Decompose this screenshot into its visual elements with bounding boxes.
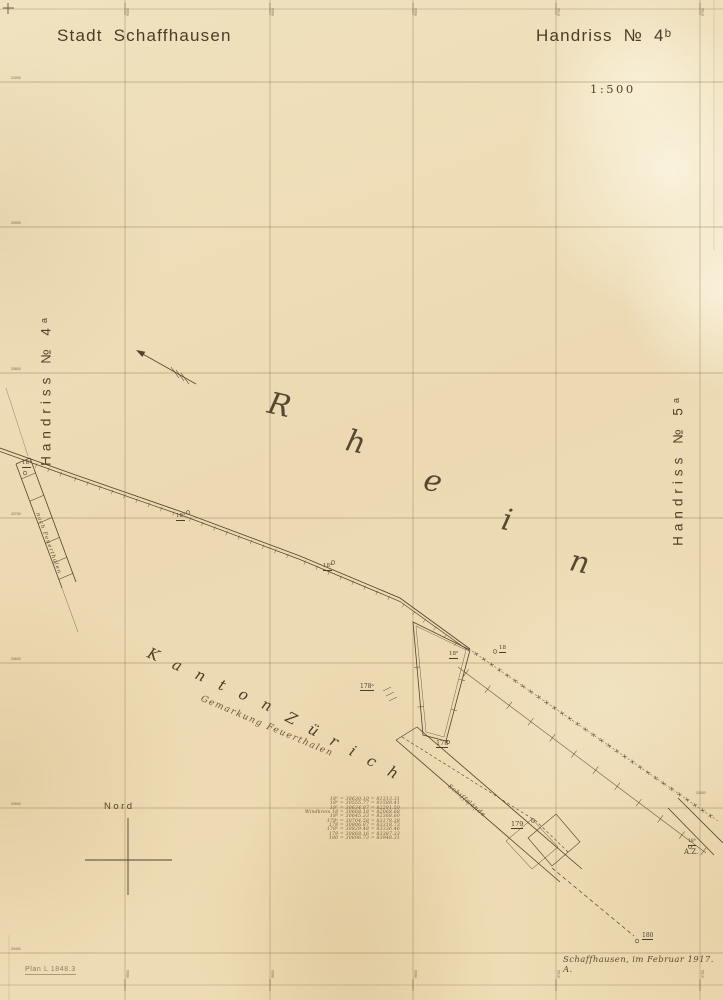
grid-label: 9650 — [415, 970, 419, 978]
north-label: Nord — [104, 801, 135, 812]
sheet-title: Stadt Schaffhausen — [57, 26, 232, 46]
grid-label: 9550 — [127, 8, 131, 16]
survey-grid — [0, 0, 723, 1000]
coordinate-table: 18⁵ = 30630.10 = 81313.31 18⁶ = 30555.77… — [280, 798, 400, 841]
boundary-ticks-178a — [383, 687, 397, 701]
grid-label: 20700 — [11, 513, 21, 517]
grid-label: 21000 — [11, 77, 21, 81]
map-scale: 1:500 — [590, 82, 636, 96]
adjacent-sheet-right: Handriss № 5ᵃ — [671, 320, 686, 620]
north-arrow-icon — [136, 350, 196, 384]
adjacent-sheet-left: Handriss № 4ᵃ — [39, 240, 54, 540]
point-label-178a: 178ᵃ — [360, 684, 374, 691]
point-label-az: A.Z. — [684, 849, 698, 856]
point-label-18-6: 18⁶ — [449, 652, 458, 659]
point-label-18-9: 18⁹ — [688, 840, 696, 846]
grid-label: 20400 — [11, 948, 21, 952]
grid-label: 9600 — [272, 970, 276, 978]
survey-point-markers — [23, 471, 691, 943]
grid-label: 20500 — [696, 792, 706, 796]
grid-label: 20600 — [11, 658, 21, 662]
grid-label: 9550 — [127, 970, 131, 978]
north-cross — [85, 818, 172, 895]
point-label-18: 18 — [499, 646, 506, 653]
map-linework — [0, 0, 723, 1000]
corner-registration-icon — [3, 3, 14, 14]
point-label-18-1: 18¹ — [22, 461, 31, 468]
bank-band-right — [668, 798, 723, 855]
survey-quadrilateral — [413, 622, 470, 741]
grid-label: 9600 — [272, 8, 276, 16]
point-label-18-4: 18⁴ — [323, 564, 332, 571]
point-label-178: 178 — [436, 740, 448, 748]
archive-number: Plan L 1848.3 — [25, 966, 76, 975]
landing-pier — [396, 727, 582, 882]
survey-date-note: Schaffhausen, im Februar 1917. A. — [563, 955, 723, 975]
grid-label: 20500 — [11, 803, 21, 807]
point-label-18-3: 18³ — [176, 514, 185, 521]
table-row: 180 = 30896.73 = 83948.31 — [280, 837, 400, 841]
point-label-180: 180 — [642, 933, 653, 940]
trim-marks — [0, 0, 723, 1000]
grid-label: 20900 — [11, 222, 21, 226]
grid-label: 20800 — [11, 368, 21, 372]
sheet-number: Handriss № 4ᵇ — [536, 26, 672, 46]
map-sheet: Stadt Schaffhausen Handriss № 4ᵇ 1:500 H… — [0, 0, 723, 1000]
shoreline — [0, 448, 470, 651]
grid-label: 9650 — [415, 8, 419, 16]
grid-label: 9700 — [558, 970, 562, 978]
grid-label: 9700 — [558, 8, 562, 16]
point-label-179: 179 — [511, 821, 523, 829]
grid-label: 9750 — [702, 8, 706, 16]
grid-edge-ticks — [125, 3, 700, 991]
